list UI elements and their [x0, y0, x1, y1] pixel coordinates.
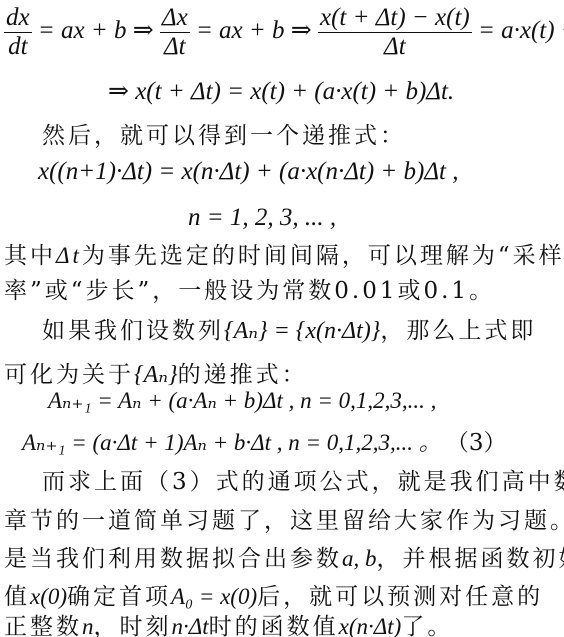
equation-update-rule: ⇒ x(t + Δt) = x(t) + (a·x(t) + b)Δt.: [108, 76, 454, 106]
math-inline: {Aₙ} = {x(n·Δt)}: [224, 318, 380, 344]
numerator: x(t + Δt) − x(t): [318, 4, 472, 33]
text: ，并根据函数初始: [377, 546, 564, 572]
paragraph-general-term-line2: 章节的一道简单习题了，这里留给大家作为习题。于: [4, 502, 564, 535]
math-inline: Δt: [56, 243, 82, 268]
equation-sequence-recursion: Aₙ₊₁ = Aₙ + (a·Aₙ + b)Δt , n = 0,1,2,3,.…: [48, 388, 436, 414]
fraction-dx-dt: dx dt: [4, 4, 32, 61]
paragraph-sequence-line2: 可化为关于{Aₙ}的递推式：: [4, 356, 308, 389]
equation-part: = a·x(t) + b: [478, 17, 564, 44]
text: 为事先选定的时间间隔，可以理解为“采样: [82, 243, 564, 269]
equation-text: Aₙ₊₁ = (a·Δt + 1)Aₙ + b·Δt , n = 0,1,2,3…: [22, 430, 442, 455]
denominator: Δt: [318, 33, 472, 61]
numerator: dx: [4, 4, 32, 33]
text: 是当我们利用数据拟合出参数: [4, 546, 342, 572]
text: 其中: [4, 243, 56, 269]
math-inline: x(n·Δt): [339, 614, 402, 637]
math-inline: n: [82, 614, 94, 637]
math-inline: x(0): [30, 584, 67, 609]
math-inline: {Aₙ}: [134, 362, 178, 388]
text: 的递推式：: [178, 362, 308, 388]
text: 值: [4, 584, 30, 610]
text: 了。: [401, 614, 453, 637]
text: 后，就可以预测对任意的: [257, 584, 543, 610]
equation-part: = ax + b ⇒: [38, 17, 154, 44]
paragraph-general-term-line4: 值x(0)确定首项A₀ = x(0)后，就可以预测对任意的: [4, 578, 543, 611]
paragraph-delta-t-line2: 率”或“步长”，一般设为常数0.01或0.1。: [4, 272, 495, 305]
math-inline: a, b: [342, 546, 377, 571]
fraction-difference: x(t + Δt) − x(t) Δt: [318, 4, 472, 61]
text: 可化为关于: [4, 362, 134, 388]
equation-label: （3）: [446, 430, 507, 456]
equation-difference-quotient: dx dt = ax + b ⇒ Δx Δt = ax + b ⇒ x(t + …: [4, 4, 564, 61]
paragraph-general-term-line5: 正整数n，时刻n·Δt时的函数值x(n·Δt)了。: [4, 608, 453, 637]
text: 如果我们设数列: [42, 318, 224, 344]
fraction-delta-x-delta-t: Δx Δt: [160, 4, 190, 61]
equation-sequence-recursion-3: Aₙ₊₁ = (a·Δt + 1)Aₙ + b·Δt , n = 0,1,2,3…: [22, 424, 506, 457]
text: 正整数: [4, 614, 82, 637]
denominator: Δt: [160, 33, 190, 61]
text: ，时刻: [94, 614, 172, 637]
equation-part: = ax + b ⇒: [196, 17, 312, 44]
numerator: Δx: [160, 4, 190, 33]
text: ，那么上式即: [380, 318, 536, 344]
paragraph-recursion-intro: 然后，就可以得到一个递推式：: [42, 117, 406, 150]
text: 时的函数值: [209, 614, 339, 637]
math-inline: n·Δt: [172, 614, 209, 637]
equation-range-n: n = 1, 2, 3, ... ,: [188, 204, 336, 232]
paragraph-general-term-line1: 而求上面（3）式的通项公式，就是我们高中数列: [42, 463, 564, 496]
math-inline: A₀ = x(0): [171, 584, 257, 609]
equation-recursion: x((n+1)·Δt) = x(n·Δt) + (a·x(n·Δt) + b)Δ…: [38, 158, 459, 186]
text: 确定首项: [67, 584, 171, 610]
paragraph-delta-t-line1: 其中Δt为事先选定的时间间隔，可以理解为“采样: [4, 237, 564, 270]
paragraph-sequence-line1: 如果我们设数列{Aₙ} = {x(n·Δt)}，那么上式即: [42, 312, 536, 345]
paragraph-general-term-line3: 是当我们利用数据拟合出参数a, b，并根据函数初始: [4, 540, 564, 573]
denominator: dt: [4, 33, 32, 61]
